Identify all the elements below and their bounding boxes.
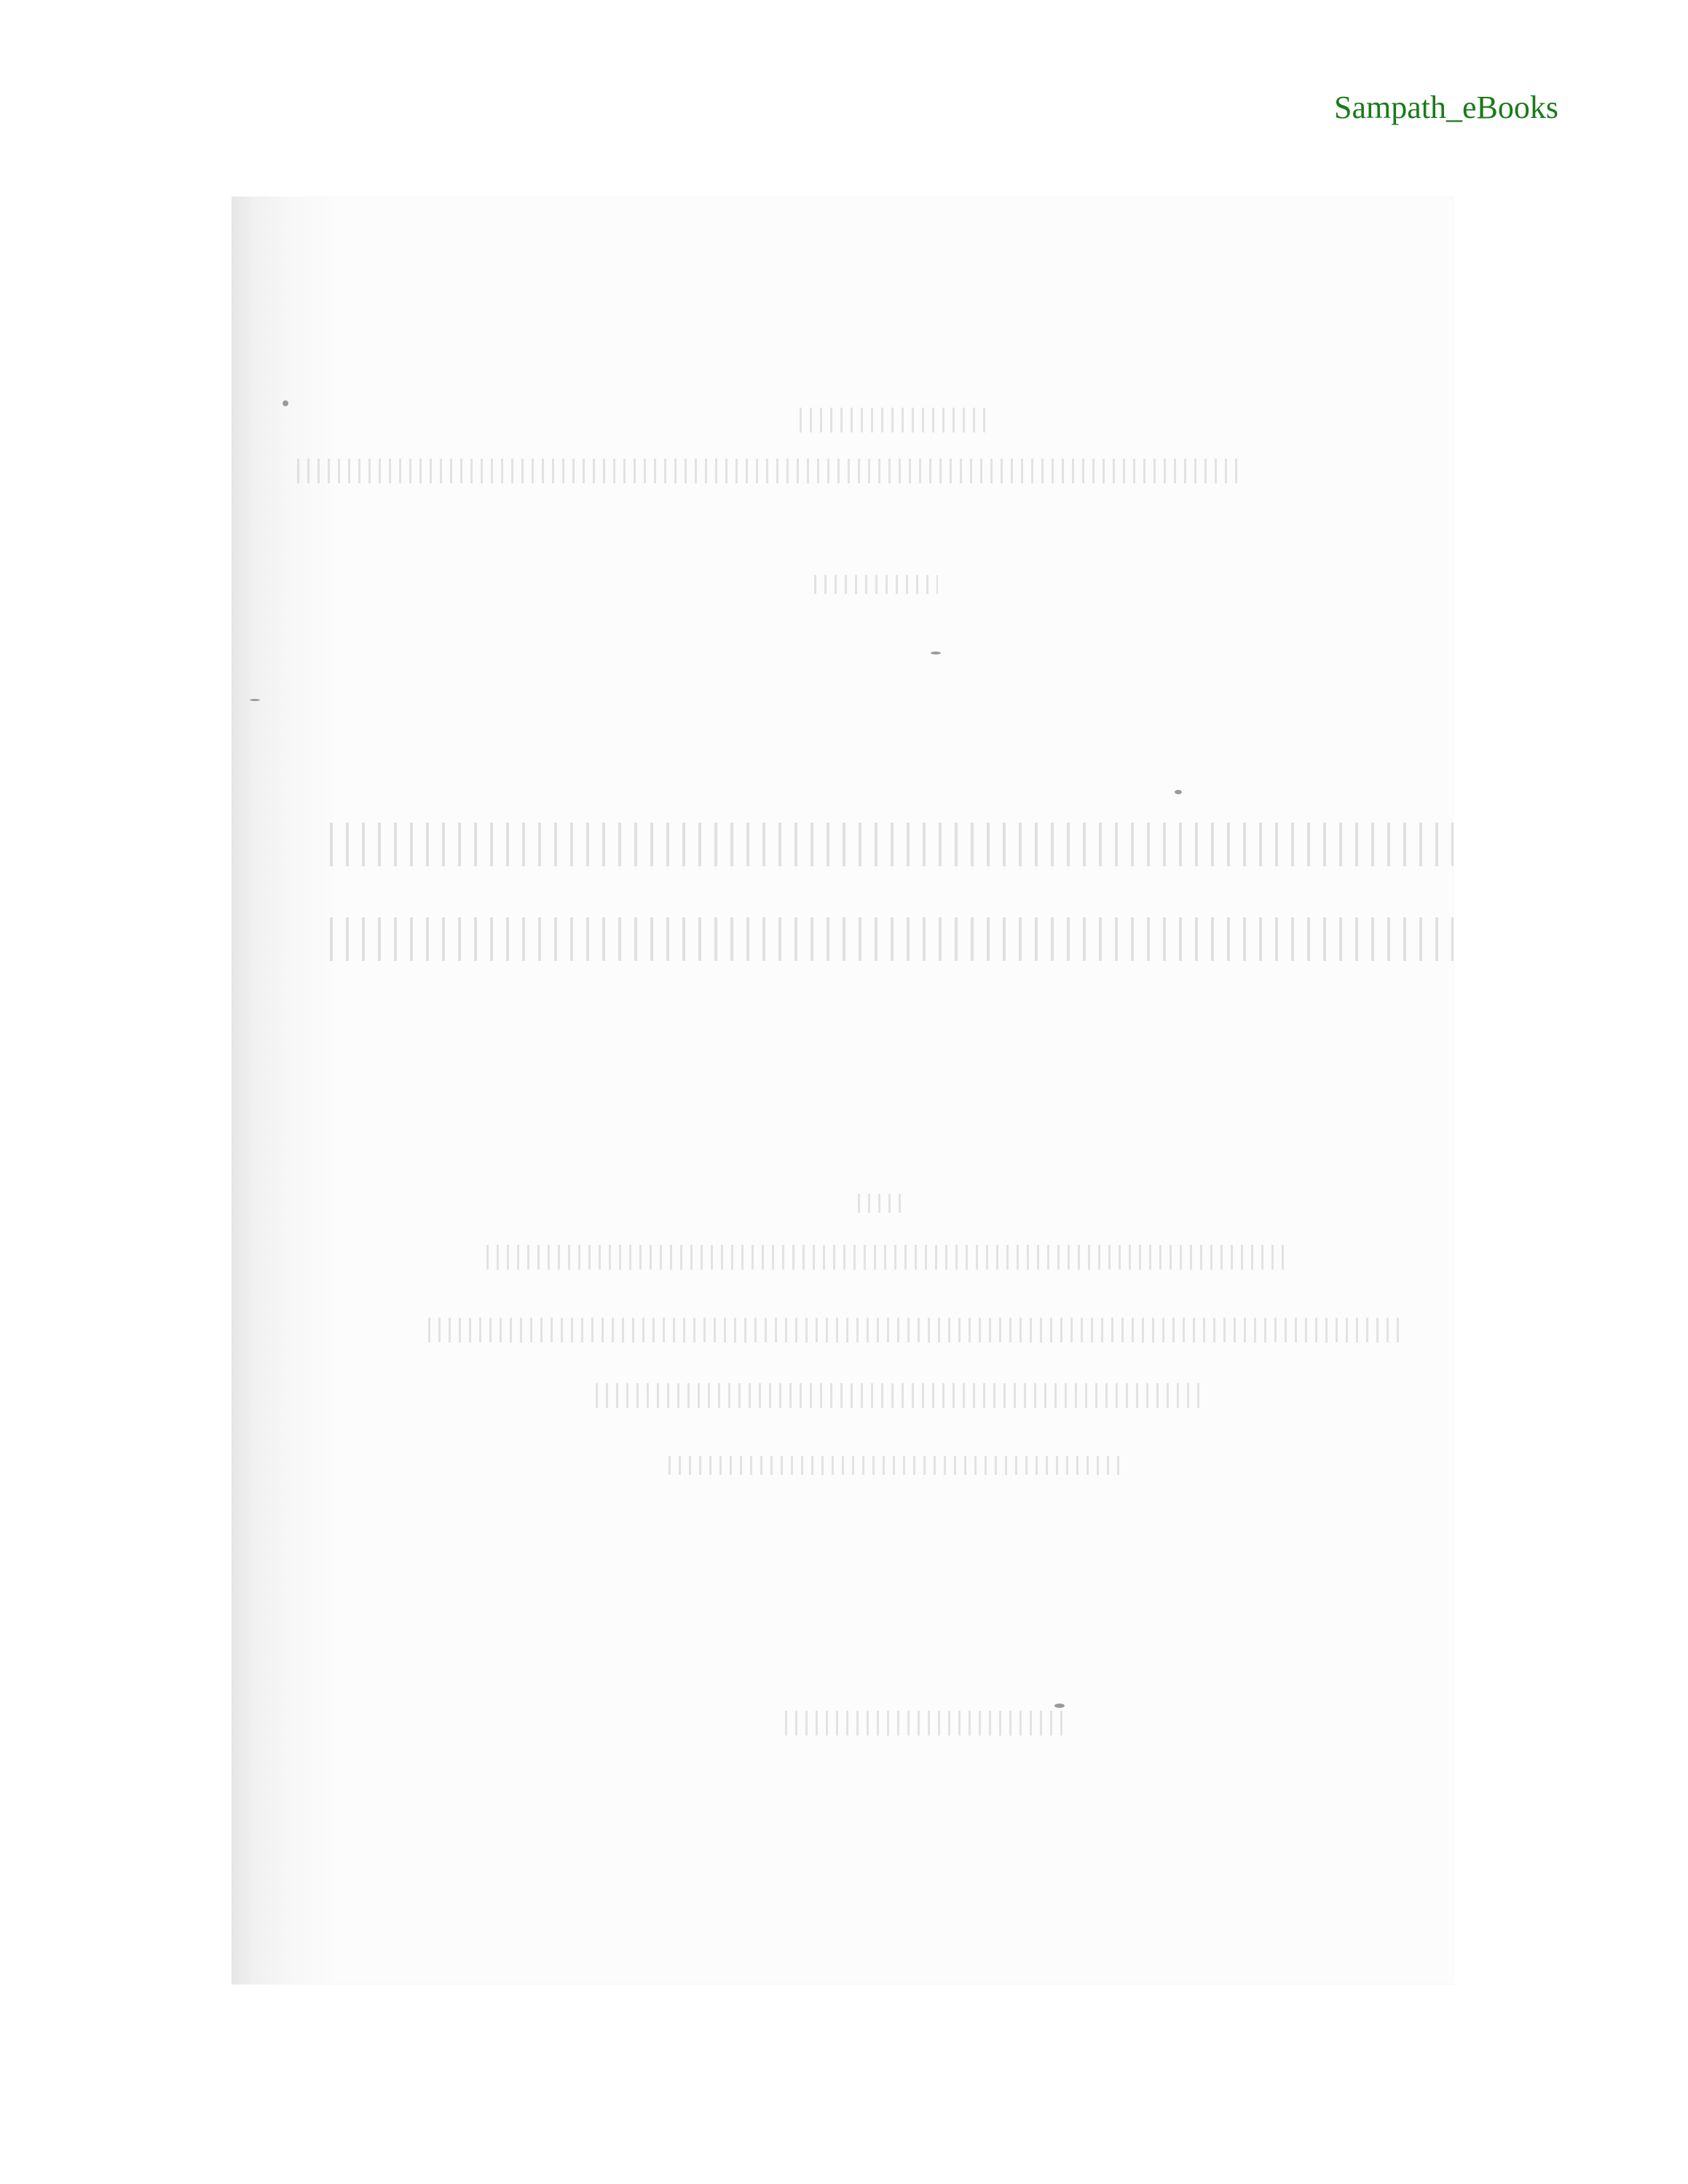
faded-header-line-3 bbox=[814, 575, 938, 594]
scan-speck bbox=[1175, 790, 1182, 794]
watermark-label: Sampath_eBooks bbox=[1334, 89, 1558, 126]
faded-header-line-2 bbox=[297, 459, 1244, 483]
faded-footer-line bbox=[785, 1711, 1069, 1736]
faded-header-line-1 bbox=[800, 408, 989, 432]
scan-speck bbox=[250, 699, 260, 701]
faded-author-line-3 bbox=[596, 1383, 1200, 1408]
scanned-page bbox=[232, 197, 1454, 1985]
faded-title-line-2 bbox=[330, 917, 1454, 961]
faded-author-line-1 bbox=[486, 1245, 1287, 1270]
faded-title-line-1 bbox=[330, 823, 1454, 866]
faded-author-line-4 bbox=[669, 1456, 1120, 1475]
scan-speck bbox=[283, 400, 288, 406]
scan-speck bbox=[1054, 1704, 1065, 1708]
faded-author-line-2 bbox=[428, 1318, 1404, 1342]
faded-byline bbox=[858, 1194, 902, 1213]
scan-speck bbox=[931, 652, 941, 654]
